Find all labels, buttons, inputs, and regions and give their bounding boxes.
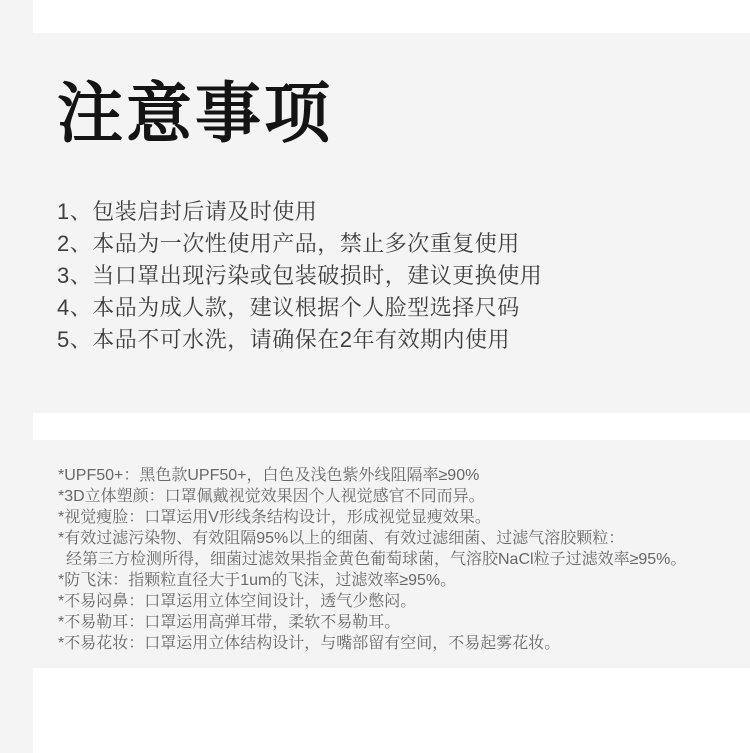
footnote-line-7: *不易闷鼻：口罩运用立体空间设计，透气少憋闷。 — [58, 591, 710, 612]
footnote-line-6: *防飞沫：指颗粒直径大于1um的飞沫，过滤效率≥95%。 — [58, 570, 710, 591]
footnote-line-3: *视觉瘦脸：口罩运用V形线条结构设计，形成视觉显瘦效果。 — [58, 507, 710, 528]
footnote-line-1: *UPF50+：黑色款UPF50+，白色及浅色紫外线阻隔率≥90% — [58, 465, 710, 486]
notice-title: 注意事项 — [57, 79, 710, 148]
footnotes-section: *UPF50+：黑色款UPF50+，白色及浅色紫外线阻隔率≥90% *3D立体塑… — [0, 440, 750, 668]
notice-list: 1、包装启封后请及时使用 2、本品为一次性使用产品，禁止多次重复使用 3、当口罩… — [57, 196, 710, 356]
notice-item-4: 4、本品为成人款，建议根据个人脸型选择尺码 — [57, 292, 710, 324]
footnote-line-8: *不易勒耳：口罩运用高弹耳带，柔软不易勒耳。 — [58, 612, 710, 633]
footnote-line-9: *不易花妆：口罩运用立体结构设计，与嘴部留有空间，不易起雾花妆。 — [58, 633, 710, 654]
notice-item-3: 3、当口罩出现污染或包装破损时，建议更换使用 — [57, 260, 710, 292]
footnote-line-2: *3D立体塑颜：口罩佩戴视觉效果因个人视觉感官不同而异。 — [58, 486, 710, 507]
footnote-line-5: 经第三方检测所得，细菌过滤效果指金黄色葡萄球菌，气溶胶NaCl粒子过滤效率≥95… — [58, 549, 710, 570]
notice-item-5: 5、本品不可水洗，请确保在2年有效期内使用 — [57, 324, 710, 356]
notice-item-1: 1、包装启封后请及时使用 — [57, 196, 710, 228]
product-detail-page: 注意事项 1、包装启封后请及时使用 2、本品为一次性使用产品，禁止多次重复使用 … — [0, 0, 750, 753]
notice-item-2: 2、本品为一次性使用产品，禁止多次重复使用 — [57, 228, 710, 260]
footnote-line-4: *有效过滤污染物、有效阻隔95%以上的细菌、有效过滤细菌、过滤气溶胶颗粒： — [58, 528, 710, 549]
notice-section: 注意事项 1、包装启封后请及时使用 2、本品为一次性使用产品，禁止多次重复使用 … — [0, 33, 750, 413]
